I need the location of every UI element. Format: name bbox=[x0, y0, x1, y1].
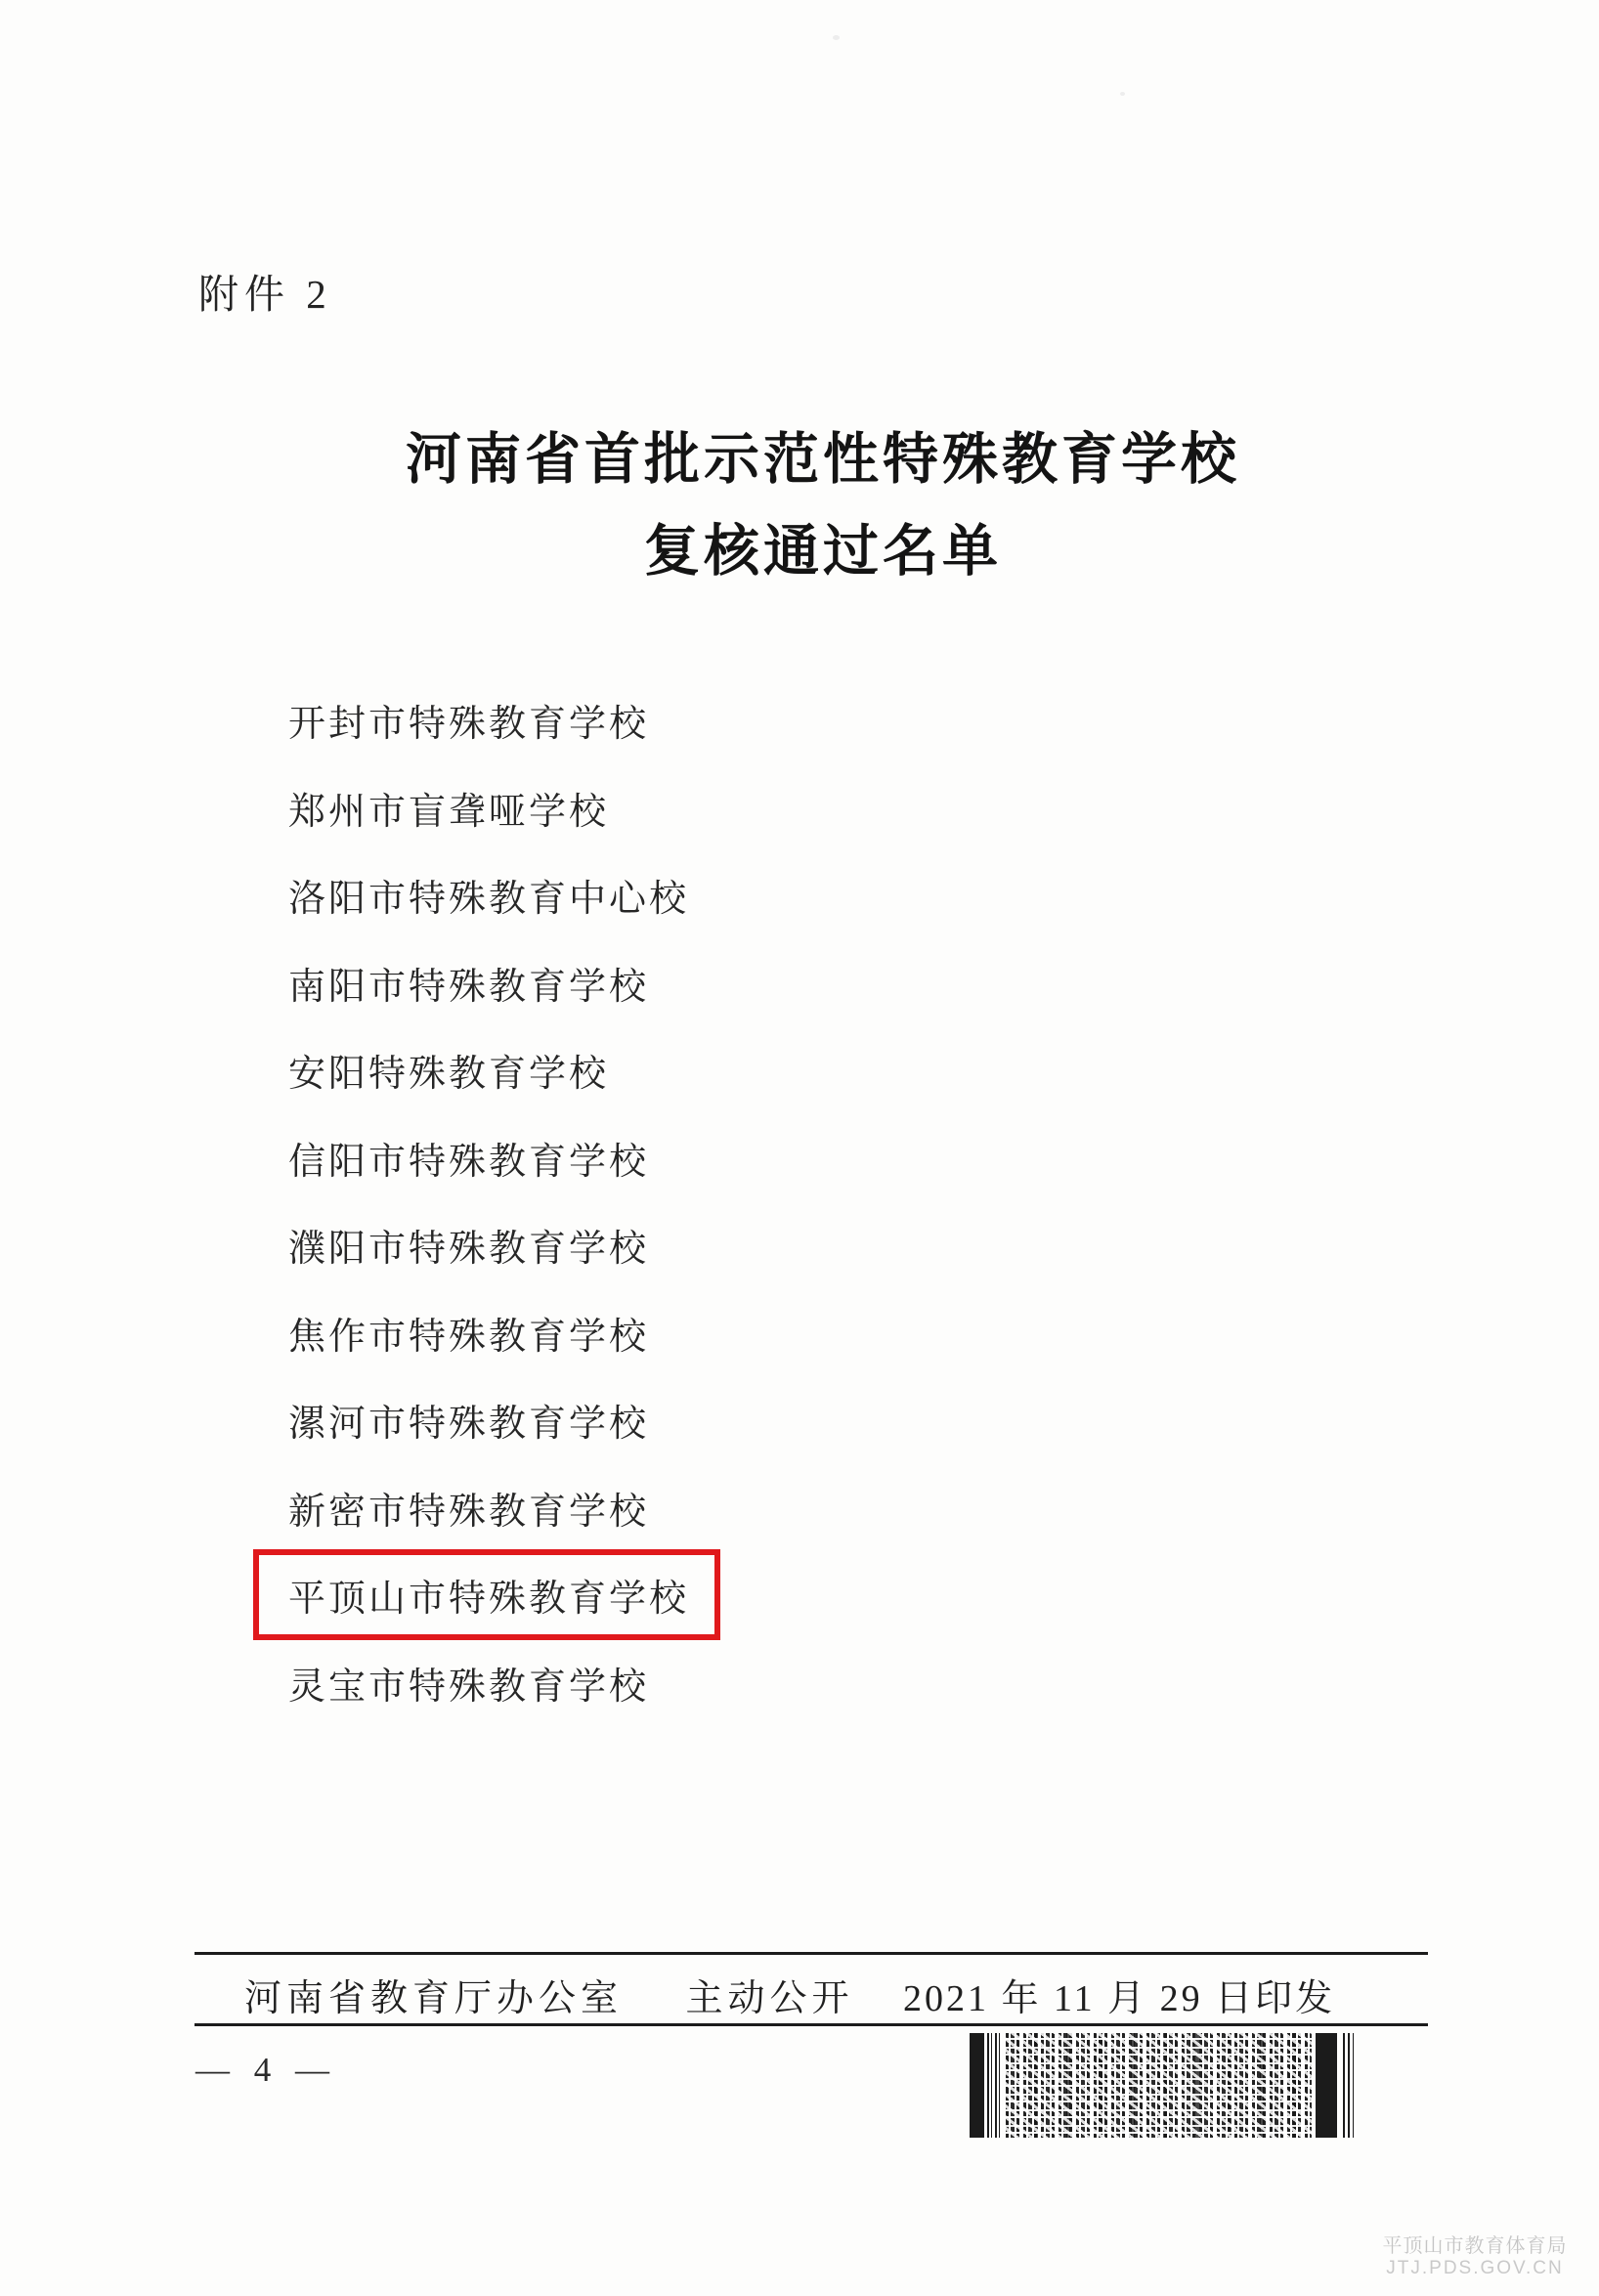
issuing-office: 河南省教育厅办公室 bbox=[244, 1978, 623, 2019]
footer-divider-top bbox=[194, 1952, 1428, 1955]
document-title: 河南省首批示范性特殊教育学校 复核通过名单 bbox=[23, 414, 1599, 598]
barcode-data-region bbox=[1006, 2033, 1312, 2138]
school-name: 灵宝市特殊教育学校 bbox=[288, 1656, 649, 1710]
school-list-item: 郑州市盲聋哑学校 bbox=[288, 764, 1168, 852]
school-name: 洛阳市特殊教育中心校 bbox=[288, 868, 689, 922]
school-name: 漯河市特殊教育学校 bbox=[288, 1393, 649, 1447]
barcode-image bbox=[970, 2033, 1357, 2138]
school-list-item: 开封市特殊教育学校 bbox=[288, 676, 1168, 764]
footer-divider-bottom bbox=[194, 2023, 1428, 2026]
attachment-label: 附件 2 bbox=[198, 262, 332, 320]
scan-artifact-speck bbox=[833, 35, 840, 40]
barcode-start-pattern bbox=[987, 2033, 1002, 2138]
school-list: 开封市特殊教育学校 郑州市盲聋哑学校 洛阳市特殊教育中心校 南阳市特殊教育学校 … bbox=[288, 676, 1168, 1726]
school-list-item: 焦作市特殊教育学校 bbox=[288, 1289, 1168, 1377]
document-title-line2: 复核通过名单 bbox=[23, 506, 1599, 598]
school-list-item: 信阳市特殊教育学校 bbox=[288, 1114, 1168, 1202]
page-number: — 4 — bbox=[195, 2051, 337, 2090]
school-name: 南阳市特殊教育学校 bbox=[288, 956, 649, 1010]
school-list-item: 安阳特殊教育学校 bbox=[288, 1026, 1168, 1114]
watermark: 平顶山市教育体育局 JTJ.PDS.GOV.CN bbox=[1366, 2234, 1583, 2279]
school-list-item: 洛阳市特殊教育中心校 bbox=[288, 851, 1168, 939]
disclosure-label: 主动公开 bbox=[686, 1978, 854, 2019]
scanned-document-page: 附件 2 河南省首批示范性特殊教育学校 复核通过名单 开封市特殊教育学校 郑州市… bbox=[0, 0, 1599, 2296]
school-name: 焦作市特殊教育学校 bbox=[288, 1306, 649, 1360]
school-name: 安阳特殊教育学校 bbox=[288, 1043, 609, 1097]
barcode-start-bar bbox=[970, 2033, 984, 2138]
document-title-line1: 河南省首批示范性特殊教育学校 bbox=[23, 414, 1599, 506]
scan-artifact-speck bbox=[1120, 92, 1125, 96]
watermark-org-name: 平顶山市教育体育局 bbox=[1366, 2234, 1583, 2258]
school-list-item: 灵宝市特殊教育学校 bbox=[288, 1639, 1168, 1727]
school-list-item: 漯河市特殊教育学校 bbox=[288, 1376, 1168, 1464]
school-list-item-highlighted: 平顶山市特殊教育学校 bbox=[288, 1551, 1168, 1639]
highlight-box: 平顶山市特殊教育学校 bbox=[253, 1549, 720, 1640]
print-date: 2021 年 11 月 29 日印发 bbox=[903, 1978, 1335, 2019]
barcode-stop-bar bbox=[1316, 2033, 1337, 2138]
footer-colophon: 河南省教育厅办公室 主动公开 2021 年 11 月 29 日印发 bbox=[244, 1968, 1335, 2021]
school-name: 信阳市特殊教育学校 bbox=[288, 1131, 649, 1185]
school-name: 濮阳市特殊教育学校 bbox=[288, 1218, 649, 1272]
school-list-item: 南阳市特殊教育学校 bbox=[288, 939, 1168, 1027]
barcode-stop-pattern bbox=[1341, 2033, 1357, 2138]
school-list-item: 新密市特殊教育学校 bbox=[288, 1464, 1168, 1552]
school-name: 开封市特殊教育学校 bbox=[288, 693, 649, 747]
school-name: 新密市特殊教育学校 bbox=[288, 1481, 649, 1535]
school-name: 郑州市盲聋哑学校 bbox=[288, 781, 609, 835]
watermark-domain: JTJ.PDS.GOV.CN bbox=[1366, 2258, 1583, 2279]
school-list-item: 濮阳市特殊教育学校 bbox=[288, 1201, 1168, 1289]
